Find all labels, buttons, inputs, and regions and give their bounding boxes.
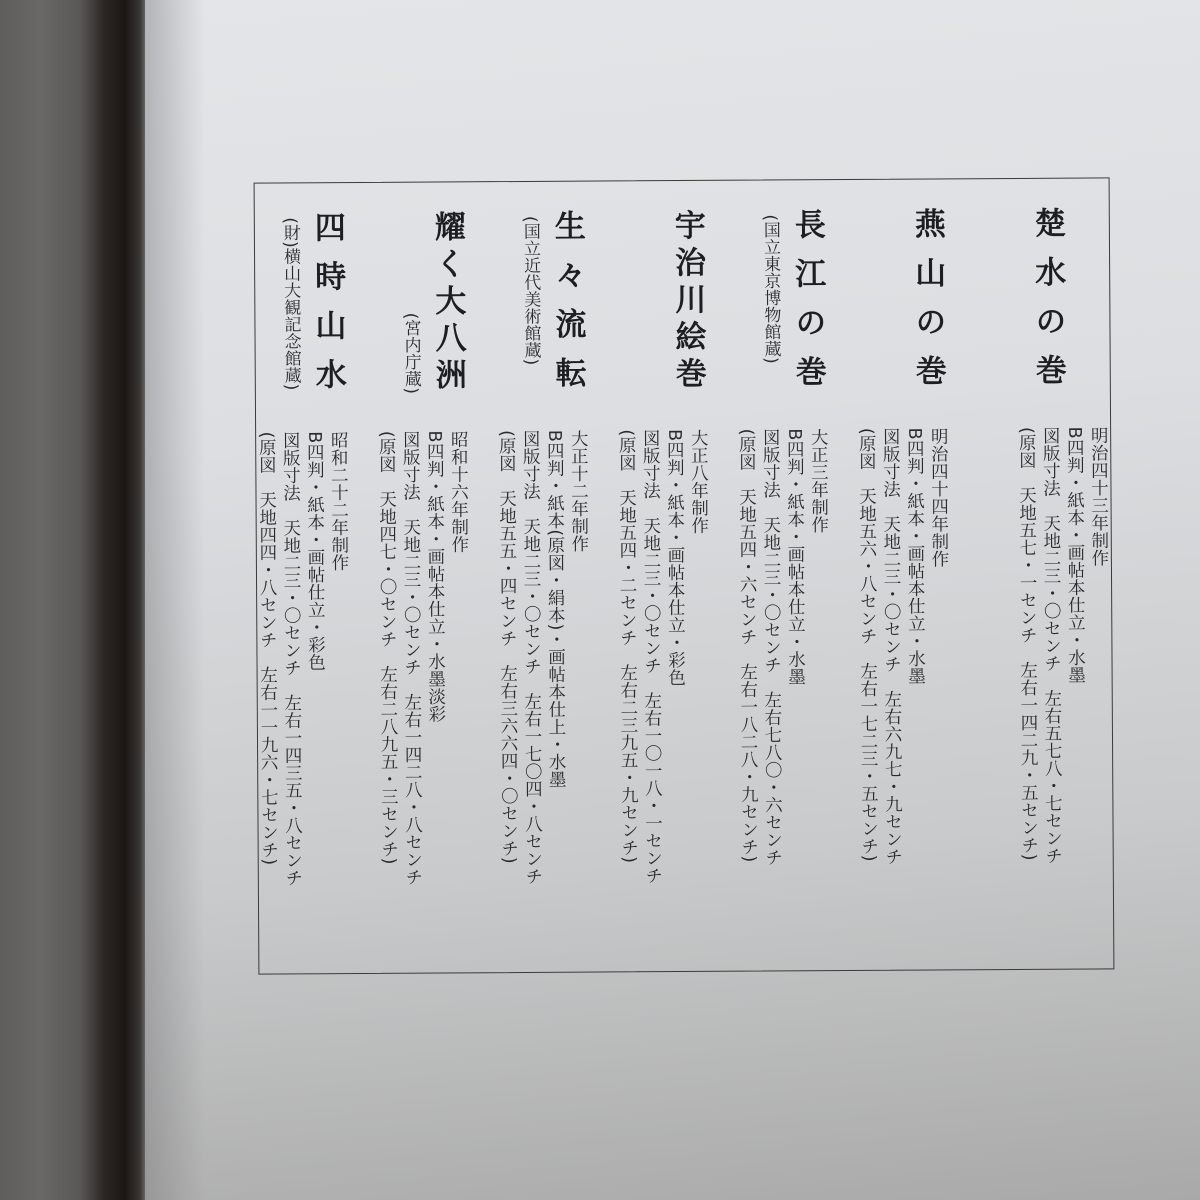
original-size-line: (原図 天地五七・一センチ 左右一四二九・五センチ)	[1014, 427, 1041, 865]
format-line: B四判・紙本・画帖仕立・彩色	[302, 431, 329, 886]
plate-details: 昭和十六年制作 B四判・紙本・画帖本仕立・水墨淡彩 図版寸法 天地二三・〇センチ…	[373, 202, 473, 886]
plate-size-line: 図版寸法 天地二三・〇センチ 左右七八〇・六センチ	[758, 428, 785, 866]
production-year: 大正八年制作	[686, 429, 713, 884]
plate-details: 大正十二年制作 B四判・紙本(原図・絹本)・画帖本仕上・水墨 図版寸法 天地二三…	[493, 202, 593, 886]
plate-size-line: 図版寸法 天地二三・〇センチ 左右五七八・七センチ	[1038, 427, 1065, 865]
plate-entry: 燕山の巻 明治四十四年制作 B四判・紙本・画帖本仕立・水墨 図版寸法 天地二三・…	[831, 199, 954, 990]
production-year: 明治四十四年制作	[926, 427, 953, 865]
production-year: 大正三年制作	[806, 428, 833, 866]
original-size-line: (原図 天地五五・四センチ 左右三六六四・〇センチ)	[494, 430, 521, 885]
plate-entry: 生々流転 (国立近代美術館蔵) 大正十二年制作 B四判・紙本(原図・絹本)・画帖…	[471, 202, 594, 993]
page-gutter-shade	[145, 0, 205, 1200]
production-year: 昭和十六年制作	[446, 430, 473, 885]
original-size-line: (原図 天地五四・二センチ 左右二三九五・九センチ)	[614, 429, 641, 884]
production-year: 大正十二年制作	[566, 430, 593, 885]
format-line: B四判・紙本(原図・絹本)・画帖本仕上・水墨	[542, 430, 569, 885]
original-size-line: (原図 天地四七・〇センチ 左右二八九五・三センチ)	[374, 431, 401, 886]
plate-entries: 楚水の巻 明治四十三年制作 B四判・紙本・画帖本仕立・水墨 図版寸法 天地二三・…	[229, 178, 1114, 993]
plate-size-line: 図版寸法 天地二三・〇センチ 左右六九七・九センチ	[878, 428, 905, 866]
original-size-line: (原図 天地四四・八センチ 左右一一九六・七センチ)	[254, 431, 281, 886]
plate-list-frame: 楚水の巻 明治四十三年制作 B四判・紙本・画帖本仕立・水墨 図版寸法 天地二三・…	[254, 177, 1115, 974]
plate-size-line: 図版寸法 天地二三・〇センチ 左右一七〇四・八センチ	[518, 430, 545, 885]
plate-size-line: 図版寸法 天地二三・〇センチ 左右一四三五・八センチ	[278, 431, 305, 886]
plate-size-line: 図版寸法 天地二三・〇センチ 左右一四二八・八センチ	[398, 431, 425, 886]
production-year: 昭和二十二年制作	[326, 431, 353, 886]
plate-details: 昭和二十二年制作 B四判・紙本・画帖仕立・彩色 図版寸法 天地二三・〇センチ 左…	[253, 203, 353, 887]
format-line: B四判・紙本・画帖本仕立・水墨淡彩	[422, 430, 449, 885]
plate-entry: 楚水の巻 明治四十三年制作 B四判・紙本・画帖本仕立・水墨 図版寸法 天地二三・…	[951, 199, 1074, 990]
plate-entry: 耀く大八洲 (宮内庁蔵) 昭和十六年制作 B四判・紙本・画帖本仕立・水墨淡彩 図…	[351, 202, 474, 993]
production-year: 明治四十三年制作	[1086, 426, 1113, 864]
format-line: B四判・紙本・画帖本仕立・水墨	[782, 428, 809, 866]
plate-details: 大正三年制作 B四判・紙本・画帖本仕立・水墨 図版寸法 天地二三・〇センチ 左右…	[733, 200, 833, 866]
plate-details: 明治四十三年制作 B四判・紙本・画帖本仕立・水墨 図版寸法 天地二三・〇センチ …	[1013, 198, 1113, 864]
plate-details: 大正八年制作 B四判・紙本・画帖本仕立・彩色 図版寸法 天地二三・〇センチ 左右…	[613, 201, 713, 885]
original-size-line: (原図 天地五四・六センチ 左右一八二八・九センチ)	[734, 429, 761, 867]
format-line: B四判・紙本・画帖本仕立・水墨	[902, 428, 929, 866]
format-line: B四判・紙本・画帖本仕立・彩色	[662, 429, 689, 884]
plate-size-line: 図版寸法 天地二三・〇センチ 左右一〇一八・一センチ	[638, 429, 665, 884]
plate-entry: 宇治川絵巻 大正八年制作 B四判・紙本・画帖本仕立・彩色 図版寸法 天地二三・〇…	[591, 201, 714, 992]
book-spine-shadow	[0, 0, 150, 1200]
plate-entry: 長江の巻 (国立東京博物館蔵) 大正三年制作 B四判・紙本・画帖本仕立・水墨 図…	[711, 200, 834, 991]
plate-details: 明治四十四年制作 B四判・紙本・画帖本仕立・水墨 図版寸法 天地二三・〇センチ …	[853, 199, 953, 865]
format-line: B四判・紙本・画帖本仕立・水墨	[1062, 427, 1089, 865]
original-size-line: (原図 天地五六・八センチ 左右一七二三・五センチ)	[854, 428, 881, 866]
plate-entry: 四時山水 (財)横山大観記念館蔵) 昭和二十二年制作 B四判・紙本・画帖仕立・彩…	[231, 203, 354, 994]
